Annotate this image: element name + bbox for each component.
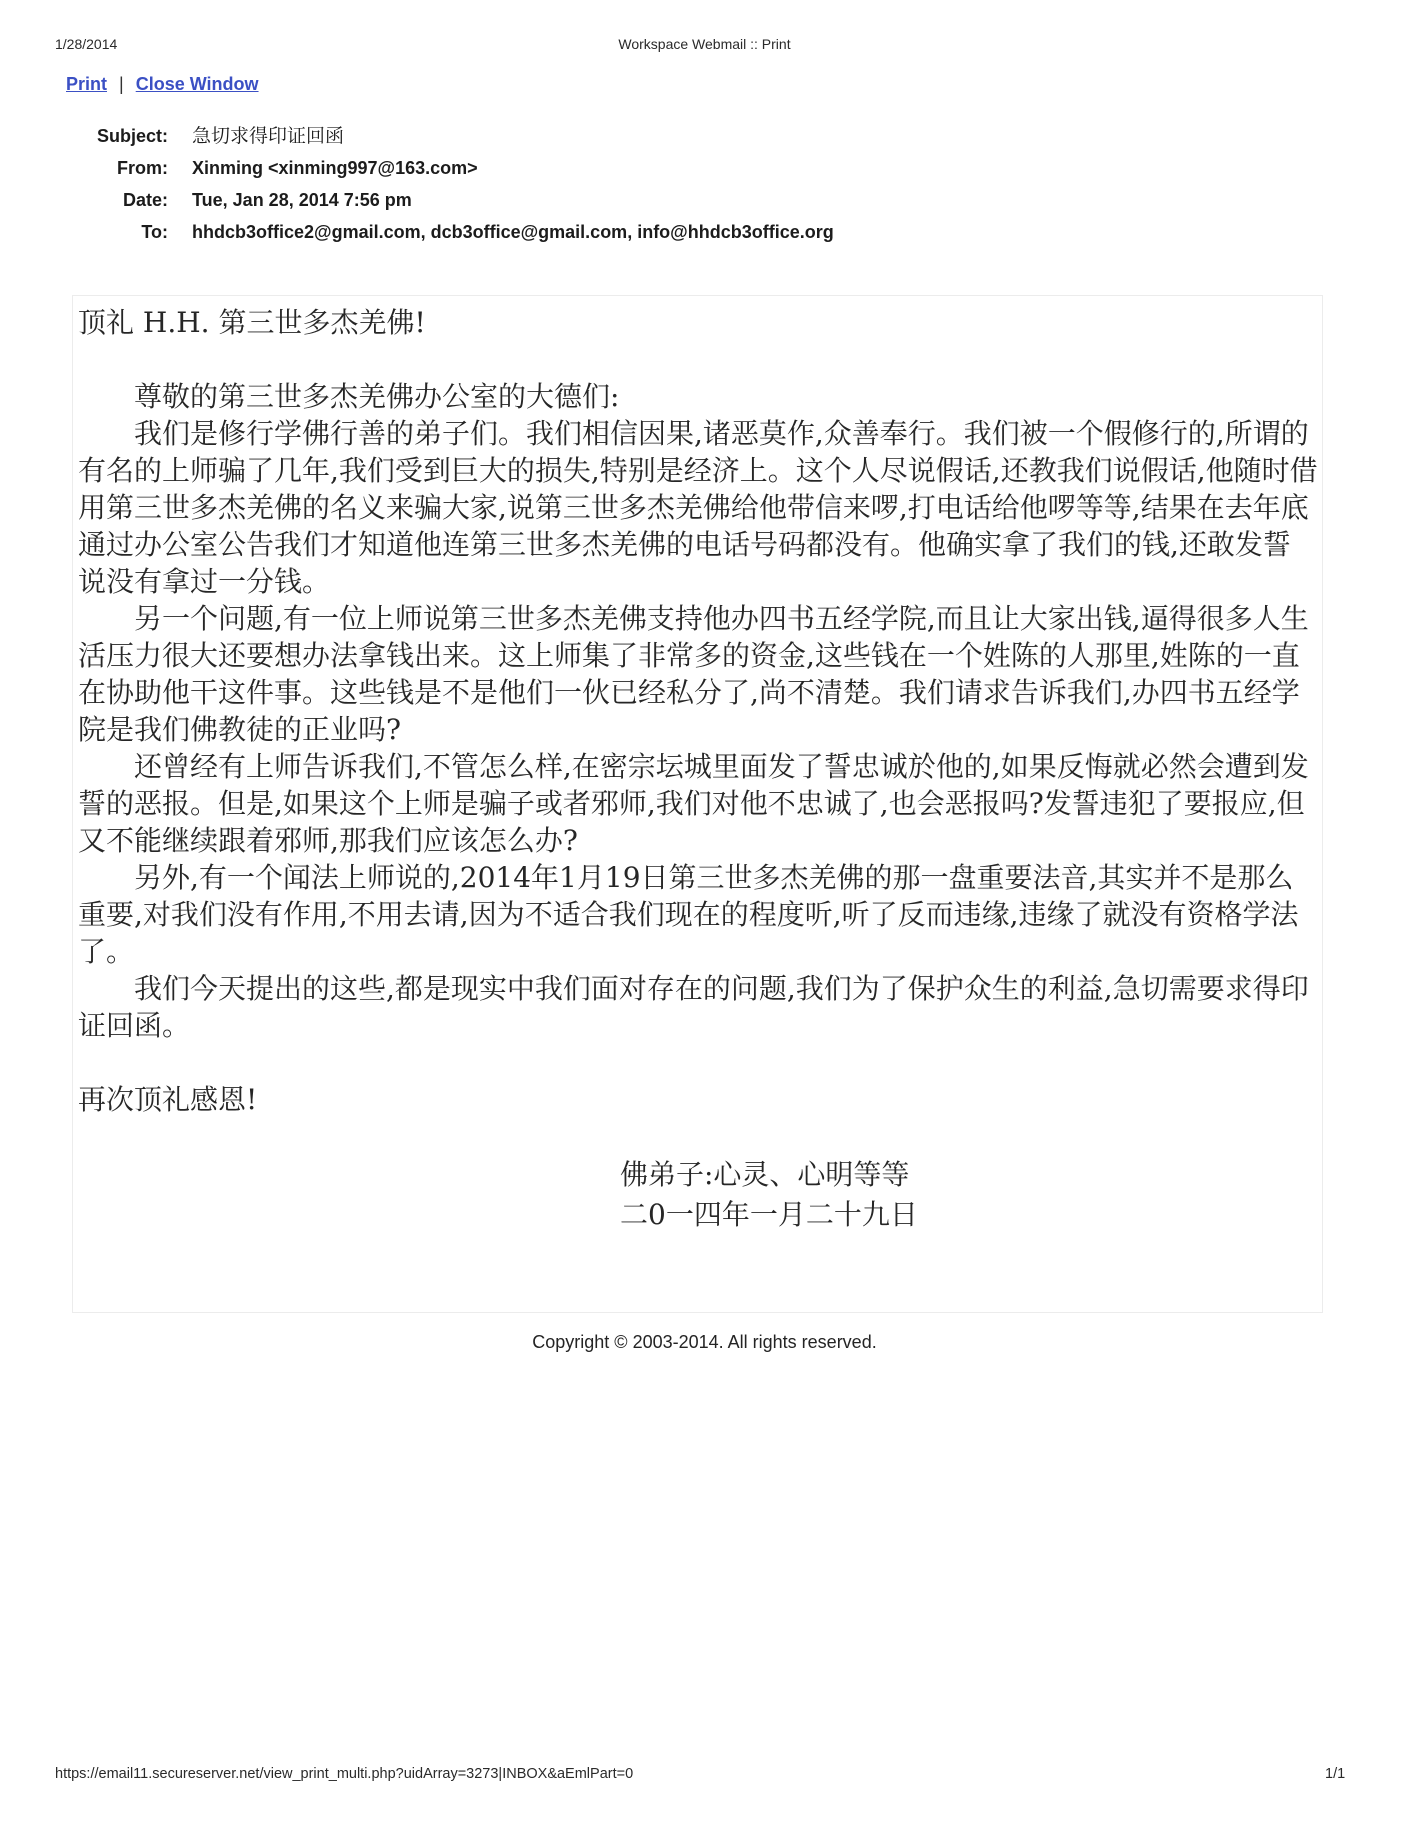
body-paragraph: 我们是修行学佛行善的弟子们。我们相信因果,诸恶莫作,众善奉行。我们被一个假修行的… [78,415,1318,600]
webmail-print-page: { "page": { "print_date": "1/28/2014", "… [0,0,1409,1831]
from-row: From: Xinming <xinming997@163.com> [0,152,834,184]
to-value: hhdcb3office2@gmail.com, dcb3office@gmai… [168,216,834,248]
body-closing: 再次顶礼感恩! [78,1081,1318,1118]
email-body: 顶礼 H.H. 第三世多杰羌佛! 尊敬的第三世多杰羌佛办公室的大德们: 我们是修… [72,295,1323,1313]
from-label: From: [0,152,168,184]
to-label: To: [0,216,168,248]
toolbar: Print|Close Window [66,74,259,95]
spacer [78,341,1318,378]
date-row: Date: Tue, Jan 28, 2014 7:56 pm [0,184,834,216]
toolbar-separator: | [119,74,124,94]
subject-label: Subject: [0,120,168,152]
from-value: Xinming <xinming997@163.com> [168,152,478,184]
signature-date: 二0一四年一月二十九日 [620,1195,1318,1235]
subject-row: Subject: 急切求得印证回函 [0,120,834,152]
footer-url: https://email11.secureserver.net/view_pr… [55,1766,633,1782]
date-label: Date: [0,184,168,216]
body-salutation: 顶礼 H.H. 第三世多杰羌佛! [78,304,1318,341]
subject-value: 急切求得印证回函 [168,120,344,152]
footer-page-number: 1/1 [1325,1766,1345,1782]
date-value: Tue, Jan 28, 2014 7:56 pm [168,184,412,216]
body-paragraph: 尊敬的第三世多杰羌佛办公室的大德们: [78,378,1318,415]
body-paragraph: 还曾经有上师告诉我们,不管怎么样,在密宗坛城里面发了誓忠诚於他的,如果反悔就必然… [78,748,1318,859]
window-title: Workspace Webmail :: Print [0,36,1409,52]
body-paragraph: 另一个问题,有一位上师说第三世多杰羌佛支持他办四书五经学院,而且让大家出钱,逼得… [78,600,1318,748]
close-window-link[interactable]: Close Window [136,74,259,94]
to-row: To: hhdcb3office2@gmail.com, dcb3office@… [0,216,834,248]
copyright-notice: Copyright © 2003-2014. All rights reserv… [0,1332,1409,1353]
email-header: Subject: 急切求得印证回函 From: Xinming <xinming… [0,120,834,248]
body-paragraph: 我们今天提出的这些,都是现实中我们面对存在的问题,我们为了保护众生的利益,急切需… [78,970,1318,1044]
signature-names: 佛弟子:心灵、心明等等 [620,1155,1318,1195]
print-link[interactable]: Print [66,74,107,94]
spacer [78,1044,1318,1081]
signature-block: 佛弟子:心灵、心明等等 二0一四年一月二十九日 [620,1155,1318,1235]
body-paragraph: 另外,有一个闻法上师说的,2014年1月19日第三世多杰羌佛的那一盘重要法音,其… [78,859,1318,970]
